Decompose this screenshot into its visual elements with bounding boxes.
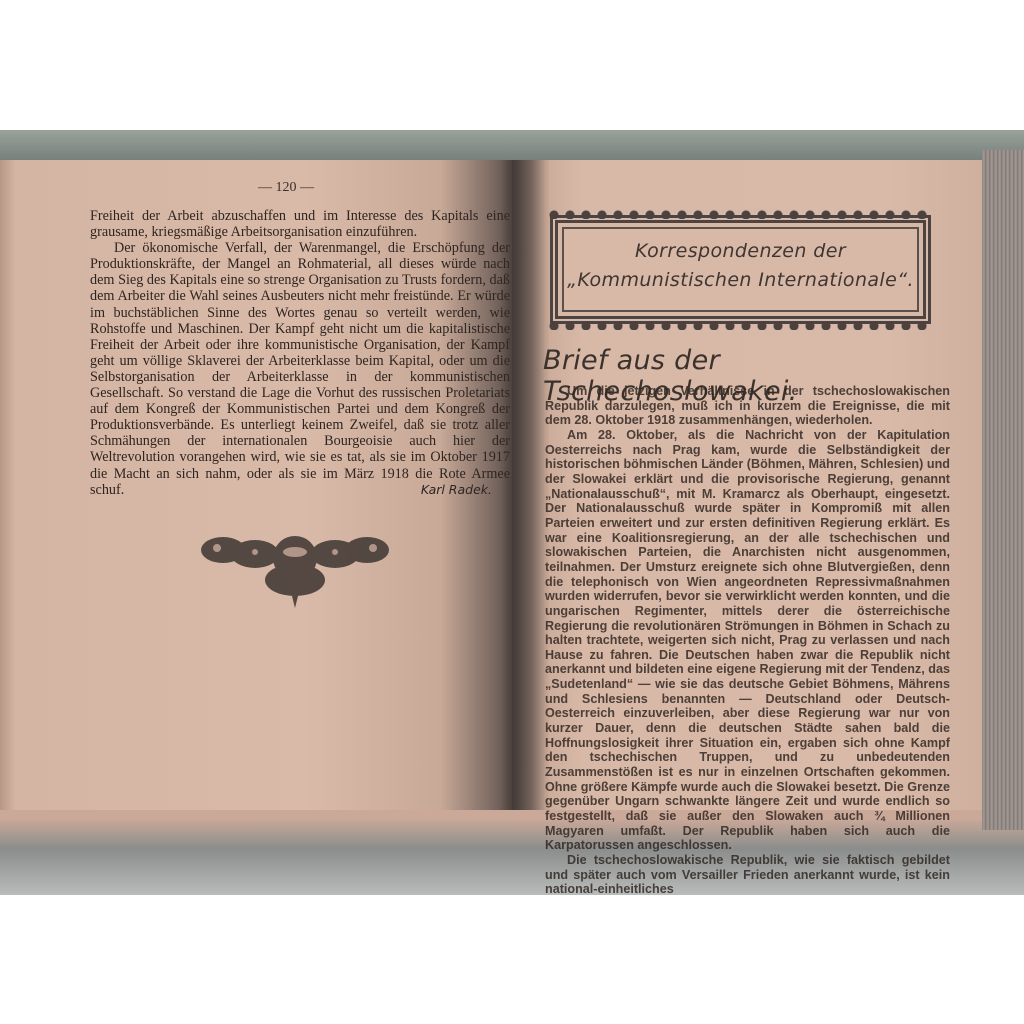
book-gutter bbox=[500, 160, 550, 810]
paragraph: Die tschechoslowakische Republik, wie si… bbox=[545, 853, 950, 897]
paragraph: Der ökonomische Verfall, der Warenmangel… bbox=[90, 240, 510, 498]
section-header-frame: Korrespondenzen der „Kommunistischen Int… bbox=[550, 215, 931, 324]
right-page-body: Um die jetzigen Verhältnisse in der tsch… bbox=[545, 384, 950, 897]
section-header-line: „Kommunistischen Internationale“. bbox=[558, 266, 923, 295]
section-header-line: Korrespondenzen der bbox=[558, 237, 923, 266]
paragraph: Am 28. Oktober, als die Nachricht von de… bbox=[545, 428, 950, 853]
page-number: — 120 — bbox=[258, 180, 314, 196]
decorative-border bbox=[548, 320, 933, 330]
section-header: Korrespondenzen der „Kommunistischen Int… bbox=[558, 237, 923, 295]
floral-ornament-icon bbox=[195, 528, 395, 610]
author-signature: Karl Radek. bbox=[90, 482, 510, 498]
paragraph: Freiheit der Arbeit abzuschaffen und im … bbox=[90, 208, 510, 240]
decorative-border bbox=[548, 209, 933, 219]
book-page-edges bbox=[982, 150, 1024, 830]
paragraph: Um die jetzigen Verhältnisse in der tsch… bbox=[545, 384, 950, 428]
left-page-body: Freiheit der Arbeit abzuschaffen und im … bbox=[90, 208, 510, 498]
